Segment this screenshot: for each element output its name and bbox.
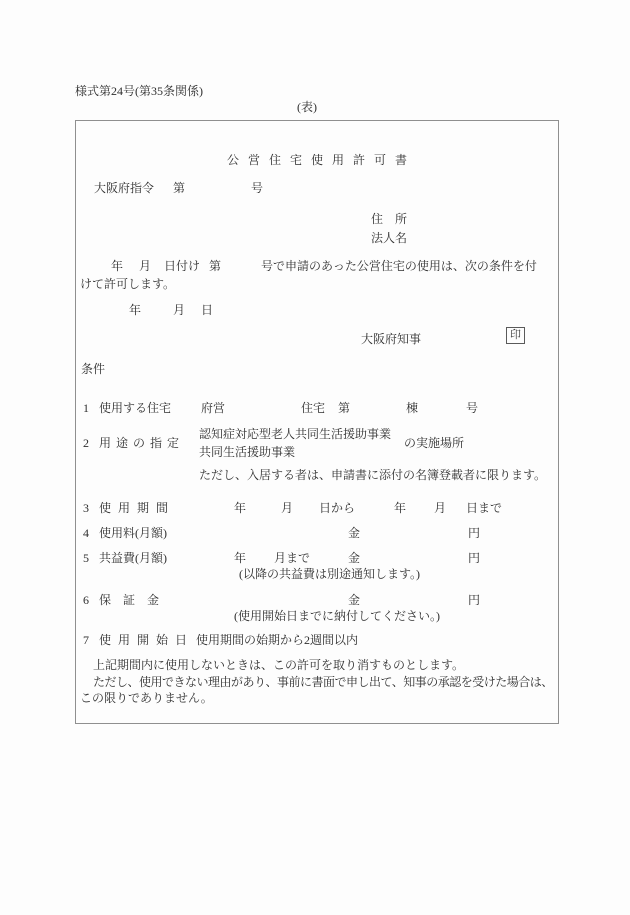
- sheet-side-label: (表): [297, 100, 317, 115]
- application-sentence-wrap: けて許可します。: [80, 277, 175, 292]
- condition-3-number: 3: [83, 501, 89, 516]
- condition-5-note: (以降の共益費は別途通知します。): [239, 567, 420, 582]
- conditions-heading: 条件: [81, 362, 105, 377]
- condition-3-from-day: 日から: [319, 501, 355, 516]
- condition-1-building: 棟: [406, 401, 418, 416]
- form-number: 様式第24号(第35条関係): [75, 84, 203, 99]
- condition-2-number: 2: [83, 436, 89, 451]
- application-sentence: 号で申請のあった公営住宅の使用は、次の条件を付: [261, 259, 537, 274]
- condition-1-prefecture-prefix: 府営: [201, 401, 225, 416]
- application-no-prefix: 第: [209, 259, 221, 274]
- footer-clause-line2: ただし、使用できない理由があり、事前に書面で申し出て、知事の承認を受けた場合は、: [93, 675, 553, 690]
- condition-1-label: 使用する住宅: [99, 401, 171, 416]
- condition-5-amount-prefix: 金: [348, 551, 360, 566]
- directive-no-suffix: 号: [251, 181, 263, 196]
- condition-6-label: 保 証 金: [99, 593, 159, 608]
- permit-title: 公営住宅使用許可書: [76, 153, 558, 168]
- condition-3-to-year: 年: [394, 501, 406, 516]
- condition-3-from-month: 月: [281, 501, 293, 516]
- application-date-suffix: 日付け: [164, 259, 200, 274]
- condition-3-from-year: 年: [234, 501, 246, 516]
- issue-date-year: 年: [129, 303, 141, 318]
- footer-clause-line1: 上記期間内に使用しないときは、この許可を取り消すものとします。: [93, 658, 464, 673]
- condition-4-amount-suffix: 円: [468, 526, 480, 541]
- corporation-label: 法人名: [371, 231, 407, 246]
- permit-sheet-border: 公営住宅使用許可書 大阪府指令 第 号 住 所 法人名 年 月 日付け 第 号で…: [75, 120, 559, 724]
- directive-authority: 大阪府指令: [94, 181, 154, 196]
- condition-3-label: 使用期間: [99, 501, 175, 516]
- issue-date-month: 月: [173, 303, 185, 318]
- condition-1-housing: 住宅: [301, 401, 325, 416]
- condition-5-number: 5: [83, 551, 89, 566]
- directive-no-prefix: 第: [173, 181, 185, 196]
- condition-6-amount-suffix: 円: [468, 593, 480, 608]
- condition-3-to-month: 月: [434, 501, 446, 516]
- condition-2-label: 用途の指定: [99, 436, 184, 451]
- condition-2-use-line1: 認知症対応型老人共同生活援助事業: [199, 427, 391, 442]
- issue-date-day: 日: [201, 303, 213, 318]
- application-month: 月: [139, 259, 151, 274]
- condition-6-number: 6: [83, 593, 89, 608]
- condition-4-amount-prefix: 金: [348, 526, 360, 541]
- footer-clause-line3: この限りでありません。: [80, 691, 213, 706]
- condition-1-number: 1: [83, 401, 89, 416]
- condition-5-month-until: 月まで: [274, 551, 310, 566]
- condition-1-no-prefix: 第: [338, 401, 350, 416]
- condition-4-label: 使用料(月額): [99, 526, 167, 541]
- document-page: 様式第24号(第35条関係) (表) 公営住宅使用許可書 大阪府指令 第 号 住…: [0, 0, 630, 915]
- condition-1-unit: 号: [466, 401, 478, 416]
- condition-3-to-day: 日まで: [466, 501, 502, 516]
- condition-5-label: 共益費(月額): [99, 551, 167, 566]
- condition-7-value: 使用期間の始期から2週間以内: [196, 633, 358, 648]
- condition-6-note: (使用開始日までに納付してください。): [234, 609, 440, 624]
- condition-4-number: 4: [83, 526, 89, 541]
- official-seal-mark: 印: [506, 327, 525, 344]
- condition-6-amount-prefix: 金: [348, 593, 360, 608]
- condition-5-year: 年: [234, 551, 246, 566]
- condition-2-note: ただし、入居する者は、申請書に添付の名簿登載者に限ります。: [199, 468, 546, 483]
- condition-2-use-suffix: の実施場所: [404, 436, 464, 451]
- condition-7-number: 7: [83, 633, 89, 648]
- address-label: 住 所: [371, 212, 407, 227]
- application-year: 年: [111, 259, 123, 274]
- condition-2-use-line2: 共同生活援助事業: [199, 445, 295, 460]
- condition-5-amount-suffix: 円: [468, 551, 480, 566]
- governor-name: 大阪府知事: [361, 332, 421, 347]
- condition-7-label: 使用開始日: [99, 633, 194, 648]
